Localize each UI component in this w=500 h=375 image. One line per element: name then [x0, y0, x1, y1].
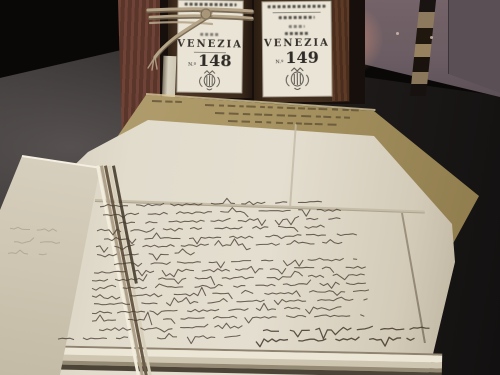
label-149-number: N.º 149	[275, 50, 319, 66]
wall-highlight-dot	[396, 32, 399, 35]
label-148-print-line	[185, 3, 236, 6]
bundle-148-label: VENEZIA N.º 148	[176, 0, 243, 93]
label-148-number-prefix: N.º	[188, 62, 196, 68]
photo-archive-scene: VENEZIA N.º 148 VENEZIA N.º 149	[0, 0, 500, 375]
label-149-number-prefix: N.º	[275, 59, 283, 65]
archival-crest-icon	[281, 66, 313, 92]
label-149-print-line	[268, 5, 325, 9]
wall-highlight-dot	[430, 36, 433, 39]
label-149-number-value: 149	[285, 50, 319, 66]
label-149-print-line	[285, 32, 309, 35]
label-148-print-line	[201, 33, 220, 36]
label-148-title: VENEZIA	[177, 39, 243, 52]
label-149-rule	[273, 12, 321, 13]
bundle-149-label: VENEZIA N.º 149	[261, 1, 332, 98]
bundle-149-side-board	[332, 0, 349, 101]
label-148-number: N.º 148	[188, 53, 232, 70]
label-148-print-line	[192, 8, 229, 11]
label-149-print-line	[289, 25, 305, 28]
archival-crest-icon	[193, 69, 225, 93]
label-149-print-line	[279, 16, 314, 19]
label-148-number-value: 148	[198, 53, 232, 69]
